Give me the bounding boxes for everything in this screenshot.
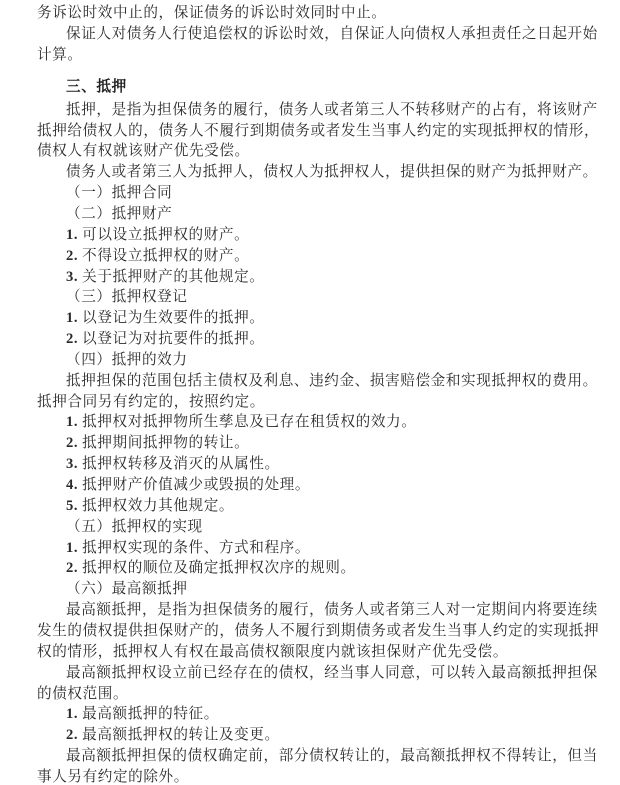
line-text: 最高额抵押担保的债权确定前，部分债权转让的，最高额抵押权不得转让，但当	[66, 747, 598, 764]
text-line: （四）抵押的效力	[66, 349, 188, 370]
line-text: 保证人对债务人行使追偿权的诉讼时效，自保证人向债权人承担责任之日起开始	[66, 25, 598, 42]
list-item: 2.以登记为对抗要件的抵押。	[66, 328, 264, 349]
text-line: 最高额抵押，是指为担保债务的履行，债务人或者第三人对一定期间内将要连续	[66, 599, 598, 620]
list-item: 1.可以设立抵押权的财产。	[66, 224, 249, 245]
text-line: 最高额抵押担保的债权确定前，部分债权转让的，最高额抵押权不得转让，但当	[66, 745, 598, 766]
list-item: 3.关于抵押财产的其他规定。	[66, 266, 264, 287]
text-line: （三）抵押权登记	[66, 286, 188, 307]
list-number: 1.	[66, 227, 78, 243]
line-text: 最高额抵押权的转让及变更。	[82, 726, 280, 743]
line-text: 关于抵押财产的其他规定。	[82, 268, 264, 285]
list-number: 4.	[66, 477, 78, 493]
list-item: 2.抵押期间抵押物的转让。	[66, 432, 249, 453]
list-number: 1.	[66, 310, 78, 326]
line-text: 以登记为生效要件的抵押。	[82, 309, 264, 326]
text-line: 债务人或者第三人为抵押人，债权人为抵押权人，提供担保的财产为抵押财产。	[66, 161, 598, 182]
line-text: 抵押权效力其他规定。	[82, 497, 234, 514]
line-text: 事人另有约定的除外。	[37, 768, 189, 785]
line-text: 权的情形，抵押权人有权在最高债权额限度内就该担保财产优先受偿。	[37, 643, 508, 660]
list-number: 3.	[66, 269, 78, 285]
list-number: 2.	[66, 248, 78, 264]
text-line: 抵押，是指为担保债务的履行，债务人或者第三人不转移财产的占有，将该财产	[66, 99, 598, 120]
line-text: 最高额抵押的特征。	[82, 705, 219, 722]
text-line: （一）抵押合同	[66, 182, 172, 203]
line-text: （一）抵押合同	[66, 184, 172, 201]
text-line: 发生的债权提供担保财产的，债务人不履行到期债务或者发生当事人约定的实现抵押	[37, 620, 599, 641]
list-item: 1.以登记为生效要件的抵押。	[66, 307, 264, 328]
line-text: 抵押权对抵押物所生孳息及已存在租赁权的效力。	[82, 413, 416, 430]
list-number: 2.	[66, 560, 78, 576]
line-text: 发生的债权提供担保财产的，债务人不履行到期债务或者发生当事人约定的实现抵押	[37, 622, 599, 639]
line-text: 债务人或者第三人为抵押人，债权人为抵押权人，提供担保的财产为抵押财产。	[66, 163, 598, 180]
list-item: 1.抵押权对抵押物所生孳息及已存在租赁权的效力。	[66, 411, 416, 432]
list-item: 5.抵押权效力其他规定。	[66, 495, 234, 516]
text-line: （二）抵押财产	[66, 203, 172, 224]
line-text: 计算。	[37, 46, 83, 63]
line-text: 抵押担保的范围包括主债权及利息、违约金、损害赔偿金和实现抵押权的费用。	[66, 372, 598, 389]
line-text: 以登记为对抗要件的抵押。	[82, 330, 264, 347]
line-text: 三、抵押	[66, 78, 127, 95]
list-number: 1.	[66, 706, 78, 722]
text-line: 抵押担保的范围包括主债权及利息、违约金、损害赔偿金和实现抵押权的费用。	[66, 370, 598, 391]
text-line: 务诉讼时效中止的，保证债务的诉讼时效同时中止。	[37, 2, 386, 23]
line-text: 抵押权转移及消灭的从属性。	[82, 455, 280, 472]
line-text: 务诉讼时效中止的，保证债务的诉讼时效同时中止。	[37, 4, 386, 21]
text-line: 抵押合同另有约定的，按照约定。	[37, 391, 265, 412]
section-heading: 三、抵押	[66, 76, 127, 97]
list-item: 1.最高额抵押的特征。	[66, 703, 219, 724]
list-number: 3.	[66, 456, 78, 472]
list-number: 2.	[66, 727, 78, 743]
line-text: 最高额抵押，是指为担保债务的履行，债务人或者第三人对一定期间内将要连续	[66, 601, 598, 618]
line-text: 的债权范围。	[37, 685, 128, 702]
text-line: 的债权范围。	[37, 683, 128, 704]
list-item: 2.最高额抵押权的转让及变更。	[66, 724, 280, 745]
line-text: 抵押期间抵押物的转让。	[82, 434, 249, 451]
list-item: 2.抵押权的顺位及确定抵押权次序的规则。	[66, 557, 356, 578]
list-number: 2.	[66, 435, 78, 451]
list-item: 2.不得设立抵押权的财产。	[66, 245, 249, 266]
line-text: （六）最高额抵押	[66, 580, 188, 597]
line-text: 最高额抵押权设立前已经存在的债权，经当事人同意，可以转入最高额抵押担保	[66, 664, 598, 681]
line-text: 抵押给债权人的，债务人不履行到期债务或者发生当事人约定的实现抵押权的情形，	[37, 122, 599, 139]
line-text: 债权人有权就该财产优先受偿。	[37, 142, 250, 159]
line-text: （二）抵押财产	[66, 205, 172, 222]
list-number: 1.	[66, 414, 78, 430]
line-text: 抵押权的顺位及确定抵押权次序的规则。	[82, 559, 356, 576]
line-text: 可以设立抵押权的财产。	[82, 226, 249, 243]
text-line: （六）最高额抵押	[66, 578, 188, 599]
line-text: （三）抵押权登记	[66, 288, 188, 305]
list-number: 5.	[66, 498, 78, 514]
text-line: 最高额抵押权设立前已经存在的债权，经当事人同意，可以转入最高额抵押担保	[66, 662, 598, 683]
text-line: 保证人对债务人行使追偿权的诉讼时效，自保证人向债权人承担责任之日起开始	[66, 23, 598, 44]
text-line: 事人另有约定的除外。	[37, 766, 189, 785]
line-text: （四）抵押的效力	[66, 351, 188, 368]
text-line: 抵押给债权人的，债务人不履行到期债务或者发生当事人约定的实现抵押权的情形，	[37, 120, 599, 141]
line-text: 抵押，是指为担保债务的履行，债务人或者第三人不转移财产的占有，将该财产	[66, 101, 598, 118]
line-text: 不得设立抵押权的财产。	[82, 247, 249, 264]
list-item: 3.抵押权转移及消灭的从属性。	[66, 453, 280, 474]
text-line: 债权人有权就该财产优先受偿。	[37, 140, 250, 161]
list-number: 2.	[66, 331, 78, 347]
list-item: 4.抵押财产价值减少或毁损的处理。	[66, 474, 310, 495]
text-line: 计算。	[37, 44, 83, 65]
list-number: 1.	[66, 540, 78, 556]
line-text: 抵押合同另有约定的，按照约定。	[37, 393, 265, 410]
line-text: （五）抵押权的实现	[66, 518, 203, 535]
text-line: （五）抵押权的实现	[66, 516, 203, 537]
line-text: 抵押财产价值减少或毁损的处理。	[82, 476, 310, 493]
text-line: 权的情形，抵押权人有权在最高债权额限度内就该担保财产优先受偿。	[37, 641, 508, 662]
line-text: 抵押权实现的条件、方式和程序。	[82, 539, 310, 556]
list-item: 1.抵押权实现的条件、方式和程序。	[66, 537, 310, 558]
